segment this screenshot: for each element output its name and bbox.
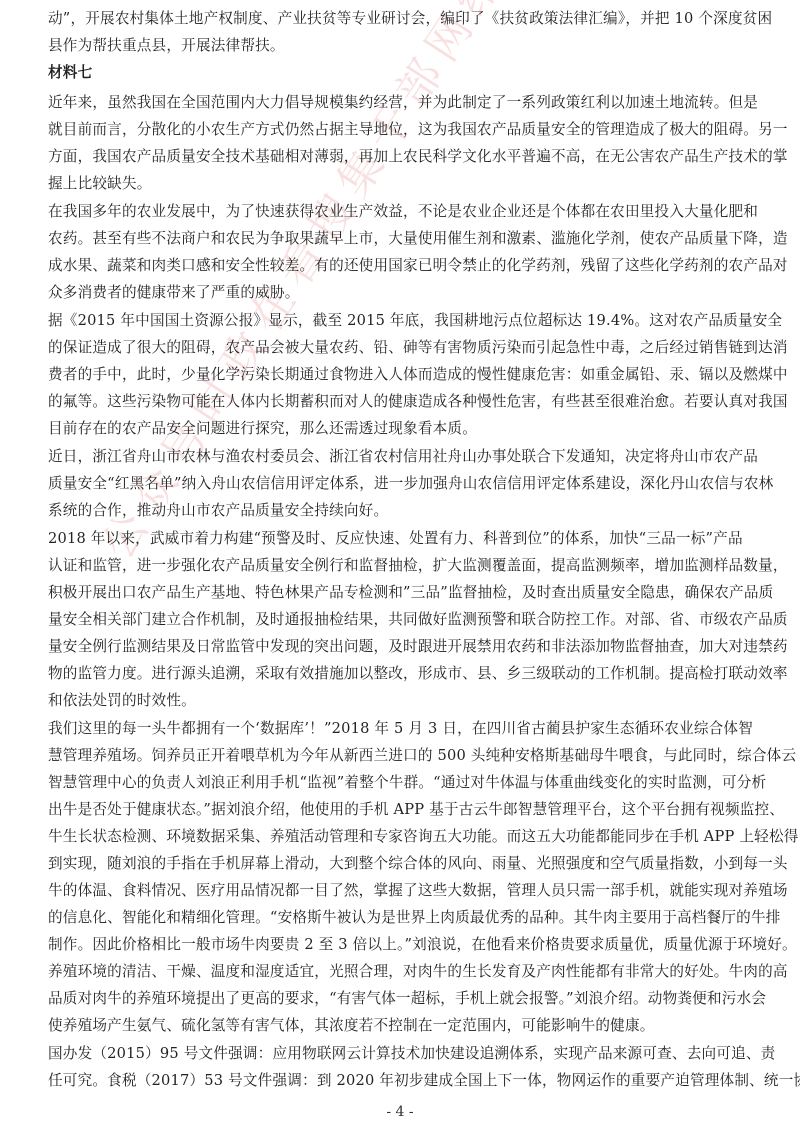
text-line: 在我国多年的农业发展中，为了快速获得农业生产效益，不论是农业企业还是个体都在农田… [48,202,758,222]
text-line: 慧管理养殖场。饲养员正开着喂草机为今年从新西兰进口的 500 头纯种安格斯基础母… [48,746,796,766]
text-line: 物的监管力度。进行源头追溯，采取有效措施加以整改，形成市、县、乡三级联动的工作机… [48,664,788,684]
text-line: 量安全相关部门建立合作机制，及时通报抽检结果，共同做好监测预警和联合防控工作。对… [48,610,788,630]
text-line: 的保证造成了很大的阻碍，农产品会被大量农药、铅、砷等有害物质污染而引起急性中毒，… [48,338,788,358]
text-line: 牛的体温、食料情况、医疗用品情况都一目了然，掌握了这些大数据，管理人员只需一部手… [48,881,788,901]
text-line: 和依法处罚的时效性。 [48,691,196,711]
page-number: - 4 - [0,1104,800,1120]
text-line: 智慧管理中心的负责人刘浪正利用手机“监视”着整个牛群。“通过对牛体温与体重曲线变… [48,773,766,793]
text-line: 近年来，虽然我国在全国范围内大力倡导规模集约经营，并为此制定了一系列政策红利以加… [48,93,758,113]
text-line: 国办发（2015）95 号文件强调：应用物联网云计算技术加快建设追溯体系，实现产… [48,1044,775,1064]
text-line: 品质对肉牛的养殖环境提出了更高的要求，“有害气体一超标，手机上就会报警。”刘浪介… [48,989,766,1009]
text-line: 量安全例行监测结果及日常监管中发现的突出问题，及时跟进开展禁用农药和非法添加物监… [48,637,788,657]
section-heading: 材料七 [48,63,92,83]
text-line: 就目前而言，分散化的小农生产方式仍然占据主导地位，这为我国农产品质量安全的管理造… [48,120,788,140]
text-line: 方面，我国农产品质量安全技术基础相对薄弱，再加上农民科学文化水平普遍不高，在无公… [48,147,788,167]
text-line: 出牛是否处于健康状态。”据刘浪介绍，他使用的手机 APP 基于古云牛郎智慧管理平… [48,800,784,820]
text-line: 握上比较缺失。 [48,174,152,194]
text-line: 的信息化、智能化和精细化管理。“安格斯牛被认为是世界上肉质最优秀的品种。其牛肉主… [48,908,781,928]
text-line: 养殖环境的清洁、干燥、温度和湿度适宜，光照合理，对肉牛的生长发育及产肉性能都有非… [48,962,788,982]
text-line: 农药。甚至有些不法商户和农民为争取果蔬早上市，大量使用催生剂和激素、滥施化学剂，… [48,229,788,249]
text-line: 积极开展出口农产品生产基地、特色林果产品专检测和”三品”监督抽检，及时查出质量安… [48,583,773,603]
text-line: 成水果、蔬菜和肉类口感和安全性较差。有的还使用国家已明令禁止的化学药剂，残留了这… [48,256,788,276]
text-line: 牛生长状态检测、环境数据采集、养殖活动管理和专家咨询五大功能。而这五大功能都能同… [48,827,799,847]
text-line: 县作为帮扶重点县，开展法律帮扶。 [48,36,285,56]
text-line: 制作。因此价格相比一般市场牛肉要贵 2 至 3 倍以上。”刘浪说，在他看来价格贵… [48,935,797,955]
text-line: 目前存在的农产品安全问题进行探究，那么还需透过现象看本质。 [48,419,477,439]
text-line: 质量安全“红黑名单”纳入舟山农信信用评定体系，进一步加强舟山农信信用评定体系建设… [48,474,773,494]
text-line: 的氟等。这些污染物可能在人体内长期蓄积而对人的健康造成各种慢性危害，有些甚至很难… [48,392,788,412]
text-line: 认证和监管，进一步强化农产品质量安全例行和监督抽检，扩大监测覆盖面，提高监测频率… [48,556,788,576]
text-line: 到实现，随刘浪的手指在手机屏幕上滑动，大到整个综合体的风向、雨量、光照强度和空气… [48,854,788,874]
text-line: 费者的手中，此时，少量化学污染长期通过食物进入人体而造成的慢性健康危害：如重金属… [48,365,788,385]
text-line: 近日，浙江省舟山市农林与渔农村委员会、浙江省农村信用社舟山办事处联合下发通知，决… [48,447,758,467]
text-line: 系统的合作，推动舟山市农产品质量安全持续向好。 [48,501,388,521]
text-line: 任可究。食税（2017）53 号文件强调：到 2020 年初步建成全国上下一体，… [48,1071,800,1091]
text-line: 我们这里的每一头牛都拥有一个‘数据库’！”2018 年 5 月 3 日，在四川省… [48,719,753,739]
text-line: 使养殖场产生氨气、硫化氢等有害气体，其浓度若不控制在一定范围内，可能影响牛的健康… [48,1016,655,1036]
text-line: 据《2015 年中国国土资源公报》显示，截至 2015 年底，我国耕地污点位超标… [48,311,782,331]
text-line: 众多消费者的健康带来了严重的威胁。 [48,283,300,303]
text-line: 动”，开展农村集体土地产权制度、产业扶贫等专业研讨会，编印了《扶贫政策法律汇编》… [48,9,772,29]
text-line: 2018 年以来，武威市着力构建“预警及时、反应快速、处置有力、科普到位”的体系… [48,529,743,549]
